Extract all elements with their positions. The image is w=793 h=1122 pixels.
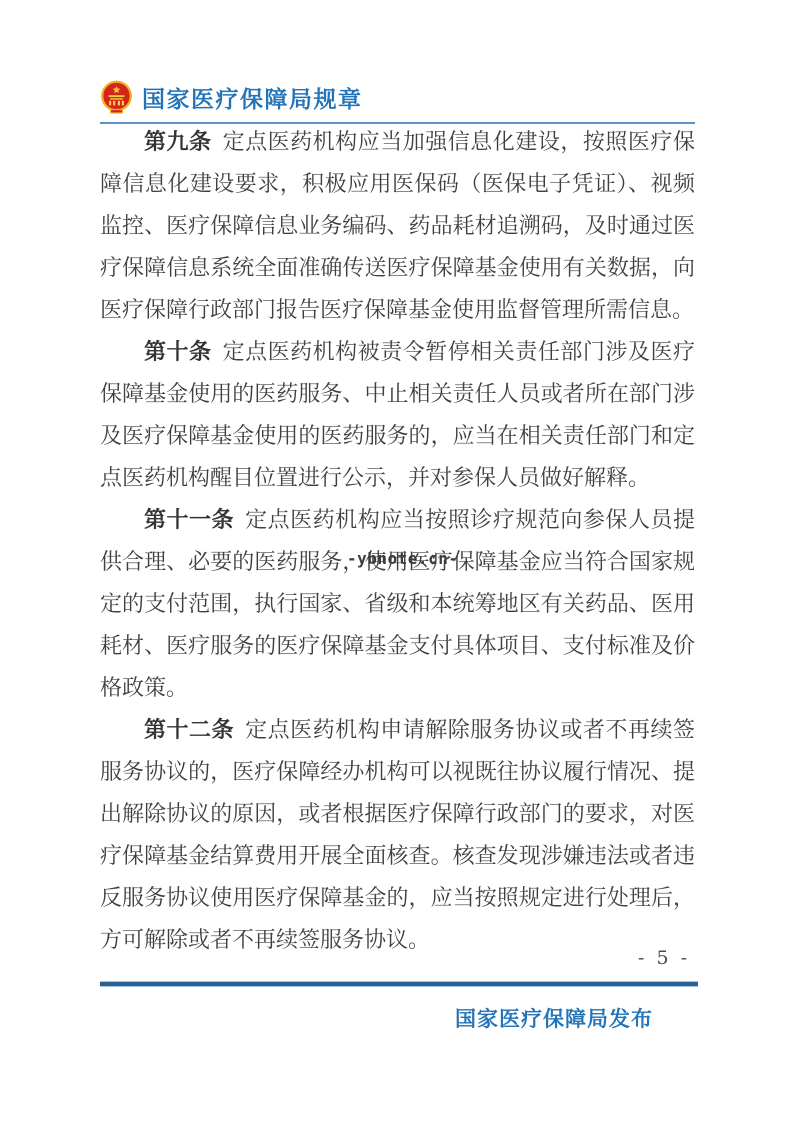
article-text: 定点医药机构应当按照诊疗规范向参保人员提供合理、必要的医药服务，使用医疗保障基金… — [100, 508, 695, 701]
article-number: 第十二条 — [144, 718, 234, 743]
article-text: 定点医药机构应当加强信息化建设，按照医疗保障信息化建设要求，积极应用医保码（医保… — [100, 130, 695, 323]
article-number: 第十一条 — [144, 508, 234, 533]
article-text: 定点医药机构申请解除服务协议或者不再续签服务协议的，医疗保障经办机构可以视既往协… — [100, 718, 695, 953]
article-number: 第十条 — [144, 340, 212, 365]
page-number: - 5 - — [638, 947, 690, 969]
document-page: 国家医疗保障局规章 第九条定点医药机构应当加强信息化建设，按照医疗保障信息化建设… — [0, 0, 793, 1122]
page-header: 国家医疗保障局规章 — [100, 80, 695, 124]
article-paragraph-9: 第九条定点医药机构应当加强信息化建设，按照医疗保障信息化建设要求，积极应用医保码… — [100, 122, 695, 332]
article-paragraph-12: 第十二条定点医药机构申请解除服务协议或者不再续签服务协议的，医疗保障经办机构可以… — [100, 710, 695, 962]
publisher-label: 国家医疗保障局发布 — [455, 1003, 653, 1033]
header-title: 国家医疗保障局规章 — [142, 81, 363, 114]
document-body: 第九条定点医药机构应当加强信息化建设，按照医疗保障信息化建设要求，积极应用医保码… — [100, 122, 695, 962]
national-emblem-icon — [100, 80, 133, 115]
watermark: -ybnote.cn- — [347, 549, 458, 568]
article-paragraph-11: 第十一条定点医药机构应当按照诊疗规范向参保人员提供合理、必要的医药服务，使用医疗… — [100, 500, 695, 710]
article-paragraph-10: 第十条定点医药机构被责令暂停相关责任部门涉及医疗保障基金使用的医药服务、中止相关… — [100, 332, 695, 500]
article-number: 第九条 — [144, 130, 212, 155]
footer-divider — [100, 981, 698, 987]
